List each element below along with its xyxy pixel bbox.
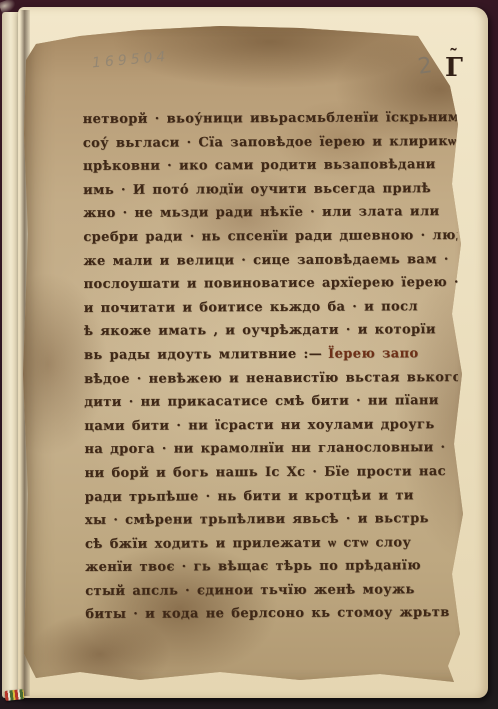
text-line: на дрога · ни крамолнїи ни гланословныи … [84,436,458,462]
endband-threads [5,689,25,701]
text-line: цами бити · ни їсрасти ни хоулами дроугь [84,413,458,439]
text-line: црѣковни · ико сами родити вьзаповѣдани [83,153,457,179]
text-line: нетворй · вьоу́ници ивьрасмьбленїи їскрь… [83,106,457,132]
text-line: биты · и кода не берлсоно кь стомоу жрьт… [85,601,459,627]
text-line: ни борй и богь нашь Іс Хс · Бїе прости н… [84,460,458,486]
manuscript-photo: 169504 2 ˜ Г нетворй · вьоу́ници ивьрасм… [0,0,498,709]
text-line: сѣ бжїи ходить и прилежати ѡ стѡ слоу [85,531,459,557]
ink-folio-letter: ˜ Г [441,50,467,86]
text-line: же мали и велици · сице заповѣдаемь вам … [83,248,457,274]
text-line: ради трьпѣше · нь бити и кротцѣи и ти [85,484,459,510]
text-line: послоушати и повиноватисе архїерею їерею… [84,271,458,297]
text-line: и почитати и боитисе кьждо ба · и посл [84,295,458,321]
text-line: вѣдое · невѣжею и ненавистїю вьстая вько… [84,366,458,392]
text-line: вь рады идоуть млитвние :— [84,347,322,363]
text-line: сребри ради · нь спсенїи ради дшевною · … [83,224,457,250]
text-line: женїи твоє · гь вѣщає тѣрь по прѣданїю [85,554,459,580]
text-line: имь · И пото́ людїи оучити вьсегда прилѣ [83,177,457,203]
text-line: дити · ни прикасатисе смѣ бити · ни пїан… [84,389,458,415]
titlo-mark: ˜ [449,39,458,75]
manuscript-text: нетворй · вьоу́ници ивьрасмьбленїи їскрь… [83,106,460,627]
text-line: хы · смѣрени трьпѣливи явьсѣ · и вьстрь [85,507,459,533]
text-line-with-rubric: вь рады идоуть млитвние :—Їерею запо [84,342,458,368]
text-line: жно · не мьзди ради нѣкїе · или злата ил… [83,200,457,226]
text-line: соу́ вьгласи · Сїа заповѣдое їерею и кли… [83,130,457,156]
text-line: ѣ якоже имать , и оучрѣждати · и которїи [84,318,458,344]
text-line: стый апсль · єдинои тьчїю женѣ моужь [85,578,459,604]
rubric-incipit: Їерею запо [322,346,419,362]
